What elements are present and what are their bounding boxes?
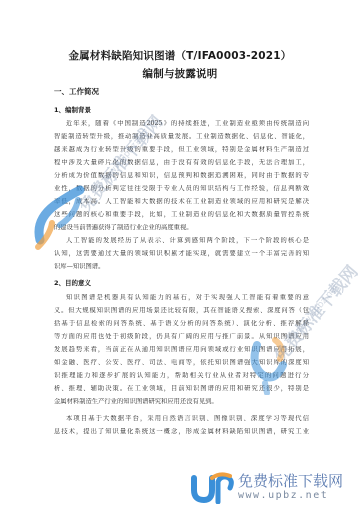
brand-logo: 免费标准下载网 www.upbz.net [190,470,360,506]
paragraph-line: 这些问题的核心和重要手段，比如，工业制造业的信息化和大数据质量管控系统 [54,211,309,219]
up-logo-icon [190,472,234,504]
paragraph-line: 息技术，提出了知识量化系统这一概念，形成金属材料缺陷知识图谱，研究工业 [54,428,309,436]
document-title: 金属材料缺陷知识图谱（T/IFA0003-2021） [0,48,360,63]
paragraph-line: 本项目基于大数据平台，采用自然语言识别、图像识别、深度学习等现代信 [66,415,309,423]
paragraph-line: 分析成为价值数据的信息和知识，信息预判和数据追溯困难，同时由于数据的专 [54,172,309,180]
paragraph-line: 金属材料制造生产行业的知识图谱研究和应用还没有见到。 [54,398,309,406]
paragraph-line: 近年来，随着《中国制造2025》的持续推进，工业制造业亟须由传统制造向 [66,120,309,128]
paragraph-line: 的建设当前普遍获得了制造行业企业的高度重视。 [54,224,309,232]
paragraph-line: 如金融、医疗、公安、医疗、司法、电商等，依托知识图谱强大知识库的深度知 [54,359,309,367]
document-subtitle: 编制与披露说明 [0,66,360,81]
paragraph-line: 等方面的应用也处于初级阶段，仍具有广阔的应用与推广前景。从知识图谱应用 [54,333,309,341]
subsection-heading-purpose: 2、目的意义 [54,278,91,287]
paragraph-line: 程中涉及大量碎片化的数据信息，由于没有有效的信息化手段，无法合理加工， [54,159,309,167]
paragraph-line: 认知，这需要通过大量的领域知识积累才能实现，就需要建立一个丰富完善的知 [54,250,309,258]
brand-name: 免费标准下载网 [238,470,343,491]
paragraph-line: 人工智能的发展经历了从表示、计算到感知两个阶段，下一个阶段的核心是 [66,237,309,245]
brand-url: www.upbz.net [238,490,328,501]
paragraph-line: 智能制造转型升级，推动制造业高质量发展。工业制造数据化、信息化、智能化， [54,133,309,141]
paragraph-line: 括基于信息检索的问答系统、基于语义分析的问答系统）、演化分析、推荐解释 [54,320,309,328]
paragraph-line: 发展趋势来看，当前正在从通用知识图谱应用向领域或行业知识图谱应用拓展， [54,346,309,354]
paragraph-line: 率低，成本高。人工智能和大数据的技术在工业制造业领域的应用和研究是解决 [54,198,309,206]
paragraph-line: 义。但大规模知识图谱的应用场景还比较有限，其在智能语义搜索、深度问答（包 [54,307,309,315]
subsection-heading-background: 1、编制背景 [54,105,91,114]
paragraph-line: 识推理能力和逐步扩展的认知能力，帮助相关行业从业者对特定的问题进行分 [54,372,309,380]
paragraph-line: 越来越成为行业转型升级的重要手段，但工业领域，特别是金属材料生产制造过 [54,146,309,154]
paragraph-line: 识库—知识图谱。 [54,263,309,271]
document-page: 金属材料缺陷知识图谱（T/IFA0003-2021） 编制与披露说明 一、工作简… [0,0,360,509]
paragraph-line: 知识图谱是机器具有认知能力的基石，对于实现强人工智能有着重要的意 [66,294,309,302]
paragraph-line: 业性，数据的分析判定往往受限于专业人员的知识结构与工作经验，信息判断效 [54,185,309,193]
paragraph-line: 析、推理、辅助决策。在工业领域，目前知识图谱的应用和研究还很少，特别是 [54,385,309,393]
section-heading-work-overview: 一、工作简况 [54,86,99,97]
